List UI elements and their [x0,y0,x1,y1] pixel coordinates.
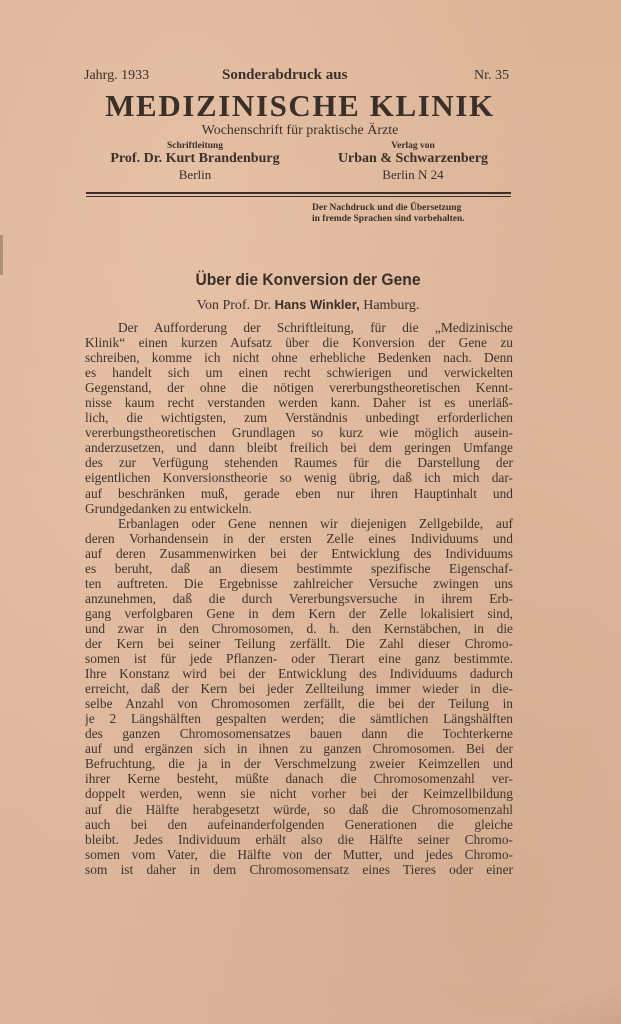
paper-mark [0,235,3,275]
text-line: auf die Hälfte herabgesetzt würde, so da… [85,802,513,817]
text-line: Erbanlagen oder Gene nennen wir diejenig… [85,516,513,531]
text-line: erreicht, daß der Kern bei jeder Zelltei… [85,681,513,696]
publisher-city: Berlin N 24 [318,167,508,183]
rights-notice: Der Nachdruck und die Übersetzung in fre… [312,203,512,225]
issue-number: Nr. 35 [474,68,509,84]
text-line: es handelt sich um einen recht schwierig… [85,365,513,380]
text-line: somen vom Vater, die Hälfte von der Mutt… [85,847,513,862]
publisher-block: Verlag von Urban & Schwarzenberg Berlin … [318,141,508,183]
text-line: auf deren Zusammenwirken bei der Entwick… [85,546,513,561]
text-line: der Kern bei seiner Teilung zerfällt. Di… [85,636,513,651]
text-line: anzunehmen, daß die durch Vererbungsvers… [85,591,513,606]
text-line: ten auftreten. Die Ergebnisse zahlreiche… [85,576,513,591]
publisher-label: Verlag von [318,141,508,151]
byline-prefix: Von Prof. Dr. [197,298,271,313]
text-line: ihrer Kerne besteht, müßte danach die Ch… [85,771,513,786]
text-line: Klinik“ einen kurzen Aufsatz über die Ko… [85,335,513,350]
editor-block: Schriftleitung Prof. Dr. Kurt Brandenbur… [100,141,290,183]
text-line: des ganzen Chromosomensatzes bauen dann … [85,726,513,741]
text-line: Der Aufforderung der Schriftleitung, für… [85,320,513,335]
text-line: gang verfolgbaren Gene in dem Kern der Z… [85,606,513,621]
article-body: Der Aufforderung der Schriftleitung, für… [85,320,513,877]
text-line: doppelt werden, wenn sie nicht vorher be… [85,786,513,801]
text-line: eigentlichen Konversionstheorie so wenig… [85,470,513,485]
text-line: lich, die wichtigsten, zum Verständnis u… [85,410,513,425]
volume-year: Jahrg. 1933 [84,68,149,84]
document-page: Jahrg. 1933 Sonderabdruck aus Nr. 35 MED… [0,0,621,1024]
article-byline: Von Prof. Dr. Hans Winkler, Hamburg. [80,297,536,314]
header-rule-thick [86,192,511,194]
text-line: somen ist für jede Pflanzen- oder Tierar… [85,651,513,666]
paper-crease [531,984,621,1024]
text-line: es beruht, daß an diesem bestimmte spezi… [85,561,513,576]
publisher-name: Urban & Schwarzenberg [318,151,508,167]
editor-label: Schriftleitung [100,141,290,151]
text-line: anderzusetzen, und dann bleibt freilich … [85,440,513,455]
reprint-label: Sonderabdruck aus [222,67,347,84]
text-line: auf beschränken muß, gerade eben nur ihr… [85,486,513,501]
text-line: deren Vorhandensein in der ersten Zelle … [85,531,513,546]
text-line: Ihre Konstanz wird bei der Entwicklung d… [85,666,513,681]
editor-city: Berlin [100,167,290,183]
text-line: und zwar in den Chromosomen, d. h. den K… [85,621,513,636]
author-name: Hans Winkler, [275,297,360,312]
text-line: vererbungstheoretischen Grundlagen so ku… [85,425,513,440]
text-line: auf und ergänzen sich in ihnen zu ganzen… [85,741,513,756]
editor-name: Prof. Dr. Kurt Brandenburg [100,151,290,167]
rights-line: in fremde Sprachen sind vorbehalten. [312,214,512,225]
text-line: Grundgedanken zu entwickeln. [85,501,513,516]
text-line: bleibt. Jedes Individuum erhält also die… [85,832,513,847]
journal-title: MEDIZINISCHE KLINIK [90,88,510,124]
article-title: Über die Konversion der Gene [98,270,518,290]
byline-location: Hamburg. [363,298,419,313]
journal-subtitle: Wochenschrift für praktische Ärzte [90,123,510,139]
text-line: schreiben, komme ich nicht ohne erheblic… [85,350,513,365]
text-line: Befruchtung, die ja in der Verschmelzung… [85,756,513,771]
text-line: je 2 Längshälften gespalten werden; die … [85,711,513,726]
header-rule-thin [86,196,511,197]
rights-line: Der Nachdruck und die Übersetzung [312,203,512,214]
text-line: som ist daher in dem Chromosomensatz ein… [85,862,513,877]
text-line: nisse kaum recht verstanden werden kann.… [85,395,513,410]
text-line: Gegenstand, der ohne die nötigen vererbu… [85,380,513,395]
text-line: selbe Anzahl von Chromosomen zerfällt, d… [85,696,513,711]
text-line: des zur Verfügung stehenden Raumes für d… [85,455,513,470]
text-line: auch bei den aufeinanderfolgenden Genera… [85,817,513,832]
